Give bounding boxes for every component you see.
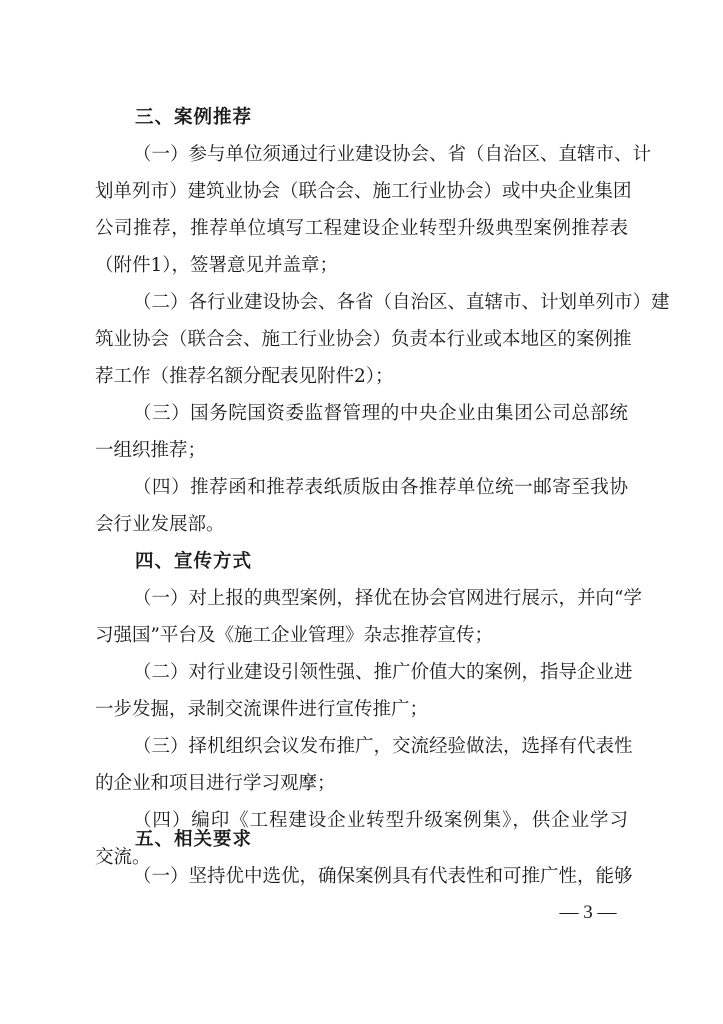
paragraph-line: 的企业和项目进行学习观摩； [95, 769, 628, 799]
paragraph-line: （三）国务院国资委监督管理的中央企业由集团公司总部统 [133, 399, 628, 429]
section-heading-5: 五、相关要求 [135, 825, 252, 855]
paragraph-line: 一步发掘，录制交流课件进行宣传推广； [95, 695, 628, 725]
paragraph-line: （一）对上报的典型案例，择优在协会官网进行展示，并向“学 [133, 584, 628, 614]
paragraph-line: （三）择机组织会议发布推广，交流经验做法，选择有代表性 [133, 732, 628, 762]
paragraph-line: 荐工作（推荐名额分配表见附件2）； [95, 362, 628, 392]
section-heading-4: 四、宣传方式 [135, 547, 252, 577]
paragraph-line: 筑业协会（联合会、施工行业协会）负责本行业或本地区的案例推 [95, 325, 628, 355]
section-heading-3: 三、案例推荐 [135, 103, 252, 133]
paragraph-line: 公司推荐，推荐单位填写工程建设企业转型升级典型案例推荐表 [95, 214, 628, 244]
paragraph-line: 划单列市）建筑业协会（联合会、施工行业协会）或中央企业集团 [95, 177, 628, 207]
paragraph-line: （一）参与单位须通过行业建设协会、省（自治区、直辖市、计 [133, 140, 628, 170]
page-number: — 3 — [540, 898, 636, 928]
paragraph-line: 习强国”平台及《施工企业管理》杂志推荐宣传； [95, 621, 628, 651]
paragraph-line: （二）对行业建设引领性强、推广价值大的案例，指导企业进 [133, 658, 628, 688]
paragraph-line: （一）坚持优中选优，确保案例具有代表性和可推广性，能够 [133, 862, 628, 892]
paragraph-line: 会行业发展部。 [95, 510, 628, 540]
paragraph-line: （附件1），签署意见并盖章； [95, 251, 628, 281]
paragraph-line: 一组织推荐； [95, 436, 628, 466]
paragraph-line: （四）推荐函和推荐表纸质版由各推荐单位统一邮寄至我协 [133, 473, 628, 503]
paragraph-line: （二）各行业建设协会、各省（自治区、直辖市、计划单列市）建 [133, 288, 628, 318]
